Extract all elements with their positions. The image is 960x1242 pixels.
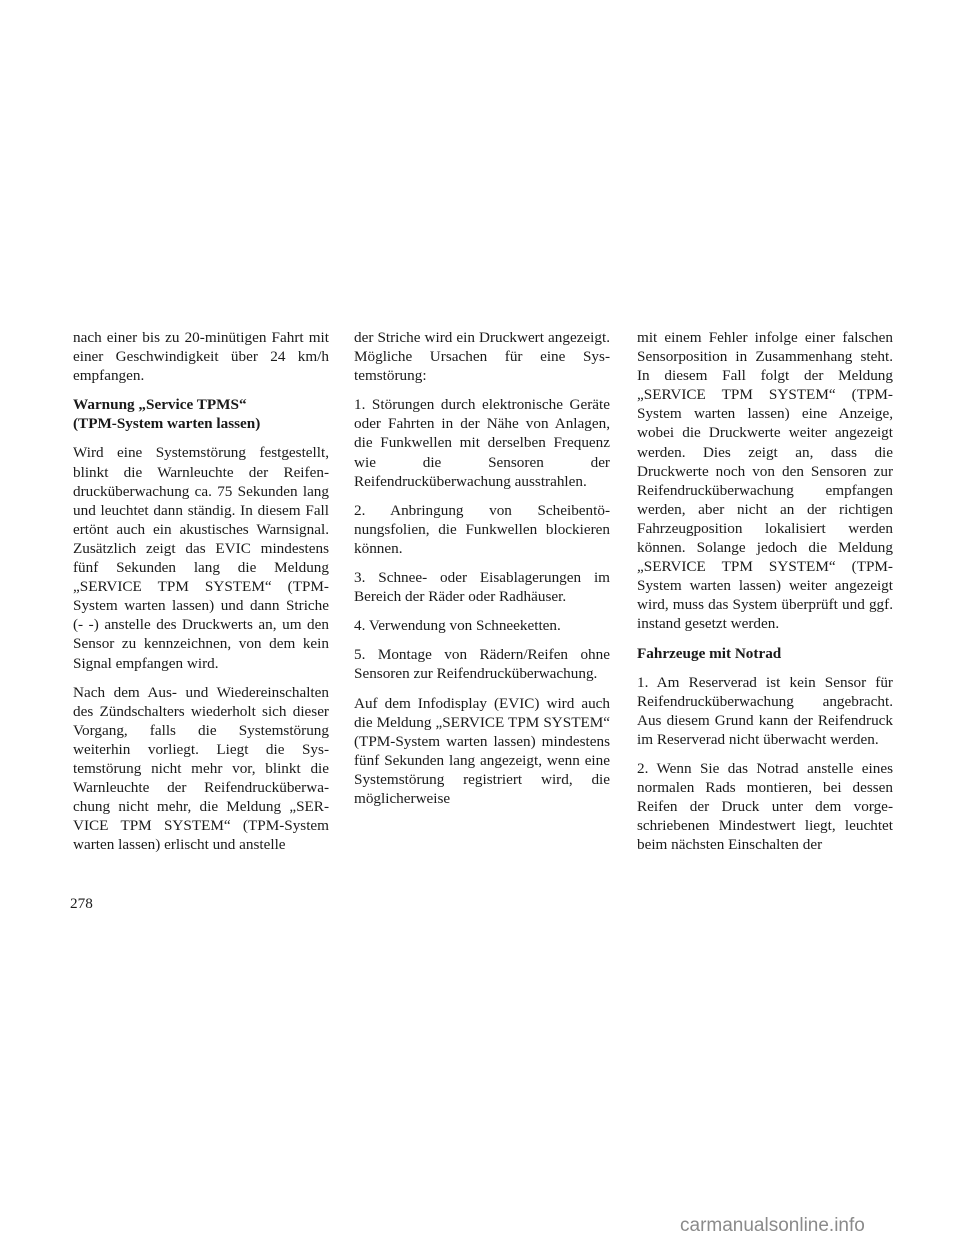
list-item-cause-3: 3. Schnee- oder Eisablagerungen im Berei… xyxy=(354,568,610,606)
paragraph-causes-intro: der Striche wird ein Druckwert ange­zeig… xyxy=(354,328,610,385)
heading-line-1: Warnung „Service TPMS“ xyxy=(73,396,247,413)
list-item-spare-1: 1. Am Reserverad ist kein Sensor für Rei… xyxy=(637,673,893,749)
list-item-cause-5: 5. Montage von Rädern/Reifen ohne Sensor… xyxy=(354,645,610,683)
text-column-3: mit einem Fehler infolge einer fal­schen… xyxy=(637,328,893,864)
heading-line-2: (TPM-System warten lassen) xyxy=(73,415,260,432)
paragraph-evic-message: Auf dem Infodisplay (EVIC) wird auch die… xyxy=(354,694,610,809)
page-number: 278 xyxy=(70,895,93,913)
paragraph-intro: nach einer bis zu 20-minütigen Fahrt mit… xyxy=(73,328,329,385)
list-item-spare-2: 2. Wenn Sie das Notrad anstelle eines no… xyxy=(637,759,893,854)
watermark: carmanualsonline.info xyxy=(680,1215,865,1237)
paragraph-ignition-cycle: Nach dem Aus- und Wiedereinschal­ten des… xyxy=(73,683,329,855)
list-item-cause-1: 1. Störungen durch elektronische Geräte … xyxy=(354,395,610,490)
text-column-1: nach einer bis zu 20-minütigen Fahrt mit… xyxy=(73,328,329,864)
list-item-cause-2: 2. Anbringung von Scheibentö­nungsfolien… xyxy=(354,501,610,558)
list-item-cause-4: 4. Verwendung von Schneeketten. xyxy=(354,616,610,635)
paragraph-system-fault: Wird eine Systemstörung festgestellt, bl… xyxy=(73,443,329,672)
section-heading-spare-wheel: Fahrzeuge mit Notrad xyxy=(637,644,893,663)
section-heading-service-tpms: Warnung „Service TPMS“ (TPM-System warte… xyxy=(73,395,329,433)
text-column-2: der Striche wird ein Druckwert ange­zeig… xyxy=(354,328,610,818)
paragraph-sensor-position: mit einem Fehler infolge einer fal­schen… xyxy=(637,328,893,634)
